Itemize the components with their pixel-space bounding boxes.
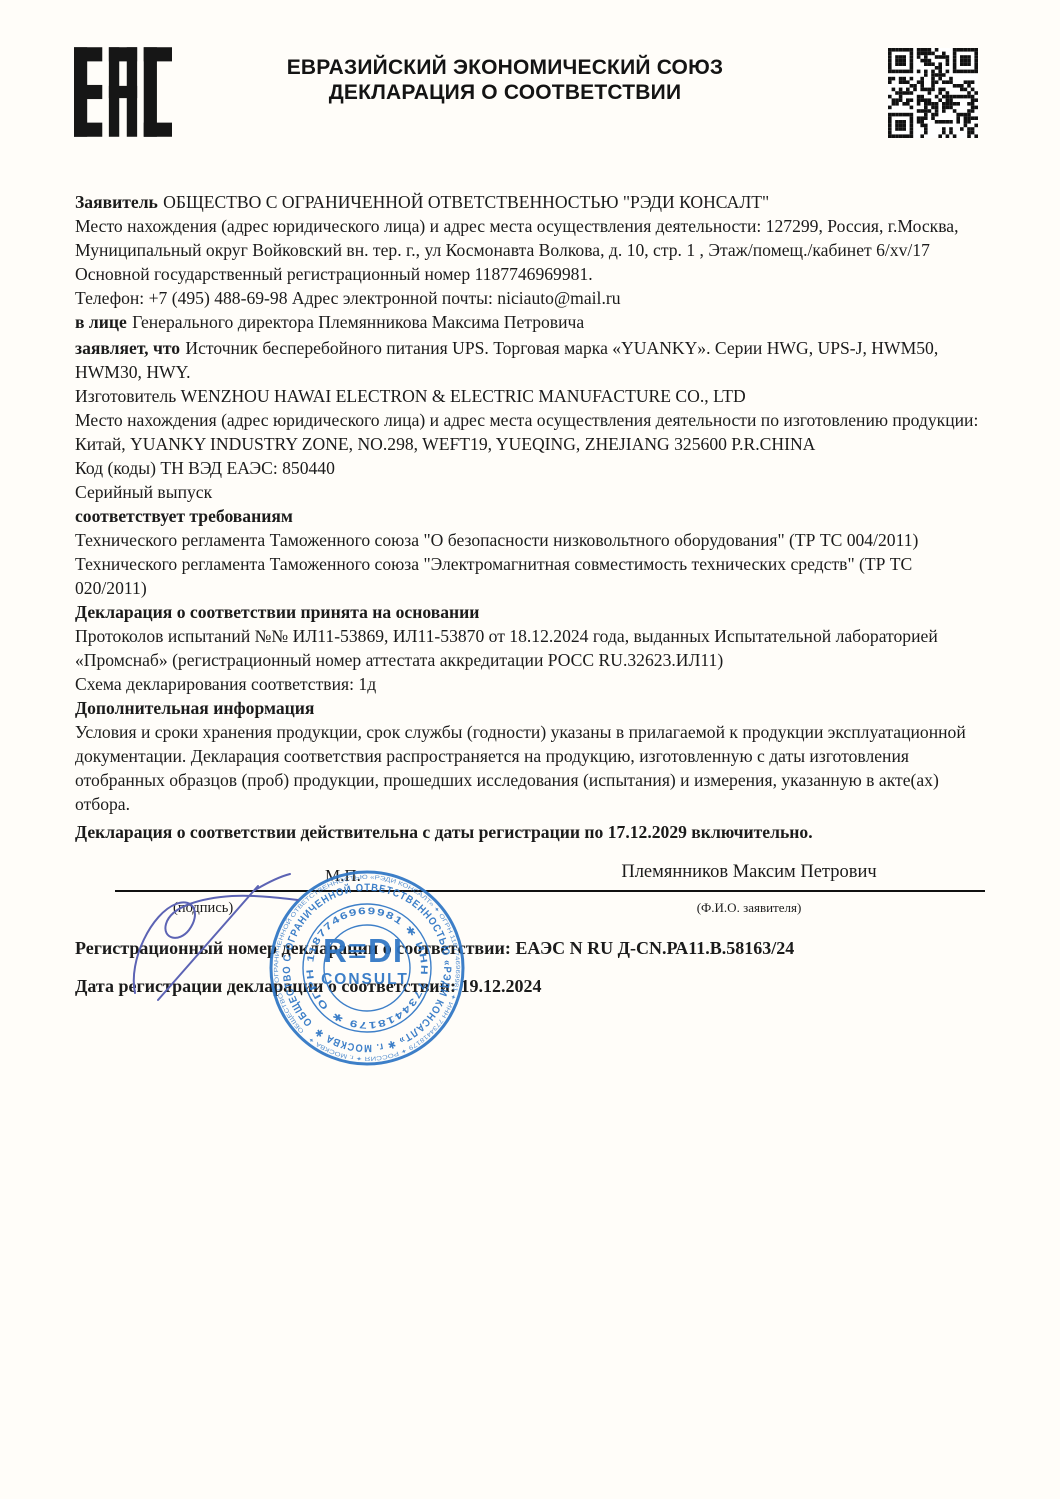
- regulation-1: Технического регламента Таможенного союз…: [75, 528, 987, 552]
- applicant-label: Заявитель: [75, 192, 158, 212]
- tnved-line: Код (коды) ТН ВЭД ЕАЭС: 850440: [75, 456, 987, 480]
- regulation-2: Технического регламента Таможенного союз…: [75, 552, 987, 600]
- basis-text: Протоколов испытаний №№ ИЛ11-53869, ИЛ11…: [75, 624, 987, 672]
- declares-label: заявляет, что: [75, 338, 180, 358]
- declares-line: заявляет, чтоИсточник бесперебойного пит…: [75, 336, 987, 384]
- additional-heading: Дополнительная информация: [75, 696, 987, 720]
- stamp-logo-text: R≡DI: [323, 932, 403, 969]
- page-title: ЕВРАЗИЙСКИЙ ЭКОНОМИЧЕСКИЙ СОЮЗ ДЕКЛАРАЦИ…: [0, 55, 1010, 105]
- complies-heading: соответствует требованиям: [75, 504, 987, 528]
- title-line-1: ЕВРАЗИЙСКИЙ ЭКОНОМИЧЕСКИЙ СОЮЗ: [0, 55, 1010, 80]
- in-person-line: в лицеГенерального директора Племянников…: [75, 310, 987, 334]
- applicant-address: Место нахождения (адрес юридического лиц…: [75, 214, 987, 262]
- phone-email-line: Телефон: +7 (495) 488-69-98 Адрес электр…: [75, 286, 987, 310]
- qr-code: [888, 48, 978, 138]
- applicant-line: ЗаявительОБЩЕСТВО С ОГРАНИЧЕННОЙ ОТВЕТСТ…: [75, 190, 987, 214]
- basis-heading: Декларация о соответствии принята на осн…: [75, 600, 987, 624]
- handwritten-signature: [100, 868, 330, 1008]
- title-line-2: ДЕКЛАРАЦИЯ О СООТВЕТСТВИИ: [0, 80, 1010, 105]
- validity-line: Декларация о соответствии действительна …: [75, 820, 987, 844]
- ogrn-line: Основной государственный регистрационный…: [75, 262, 987, 286]
- declaration-document: ЕВРАЗИЙСКИЙ ЭКОНОМИЧЕСКИЙ СОЮЗ ДЕКЛАРАЦИ…: [0, 0, 1060, 1499]
- applicant-name: Племянников Максим Петрович: [569, 860, 929, 884]
- name-caption: (Ф.И.О. заявителя): [569, 896, 929, 920]
- manufacturer-line: Изготовитель WENZHOU HAWAI ELECTRON & EL…: [75, 384, 987, 408]
- scheme-line: Схема декларирования соответствия: 1д: [75, 672, 987, 696]
- serial-line: Серийный выпуск: [75, 480, 987, 504]
- additional-text: Условия и сроки хранения продукции, срок…: [75, 720, 987, 816]
- in-person-label: в лице: [75, 312, 127, 332]
- stamp-logo-subtext: CONSULT: [321, 971, 409, 988]
- manufacturer-address: Место нахождения (адрес юридического лиц…: [75, 408, 987, 456]
